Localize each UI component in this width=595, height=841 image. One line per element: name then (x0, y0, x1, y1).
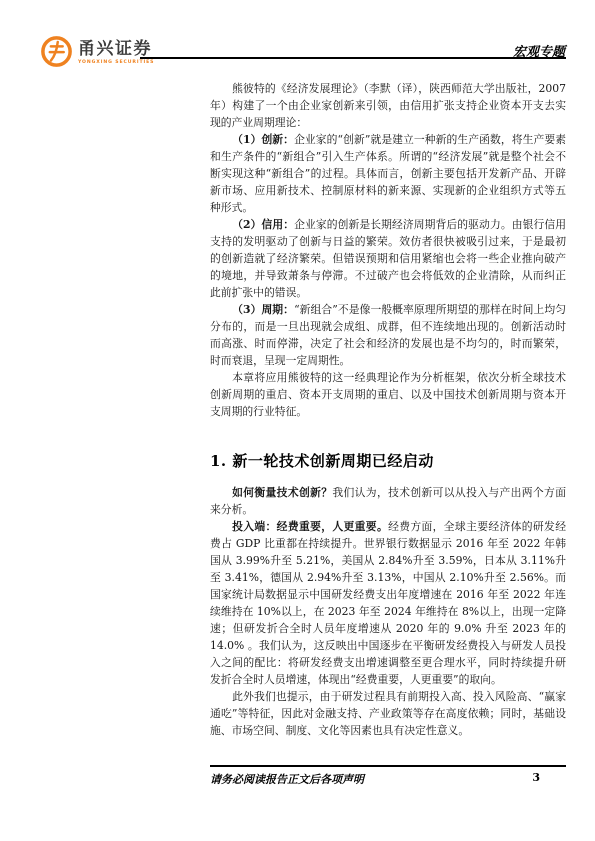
paragraph-lead: 投入端：经费重要，人更重要。 (232, 520, 388, 533)
paragraph-intro-schumpeter: 熊彼特的《经济发展理论》（李默（译），陕西师范大学出版社，2007 年）构建了一… (210, 80, 566, 131)
paragraph-rd-input: 投入端：经费重要，人更重要。经费方面，全球主要经济体的研发经费占 GDP 比重都… (210, 518, 566, 688)
page-number: 3 (532, 771, 540, 784)
report-body: 熊彼特的《经济发展理论》（李默（译），陕西师范大学出版社，2007 年）构建了一… (210, 80, 566, 739)
paragraph-cycle: （3）周期：“新组合”不是像一般概率原理所期望的那样在时间上均匀分布的，而是一旦… (210, 301, 566, 369)
paragraph-innovation: （1）创新：企业家的“创新”就是建立一种新的生产函数，将生产要素和生产条件的“新… (210, 131, 566, 216)
header-divider (140, 57, 566, 59)
footer-divider (210, 765, 566, 767)
brand-name-cn: 甬兴证券 (78, 40, 154, 58)
section-heading: 1. 新一轮技术创新周期已经启动 (210, 450, 566, 471)
paragraph-lead: （3）周期： (232, 303, 294, 316)
paragraph-lead: 如何衡量技术创新？ (232, 486, 332, 499)
brand-logo: 甬兴证券 YONGXING SECURITIES (40, 35, 154, 68)
paragraph-lead: （2）信用： (232, 218, 294, 231)
brand-name-en: YONGXING SECURITIES (78, 60, 154, 65)
paragraph-text: 熊彼特的《经济发展理论》（李默（译），陕西师范大学出版社，2007 年）构建了一… (210, 82, 566, 129)
paragraph-text: 本章将应用熊彼特的这一经典理论作为分析框架，依次分析全球技术创新周期的重启、资本… (210, 371, 566, 418)
report-page: 甬兴证券 YONGXING SECURITIES 宏观专题 熊彼特的《经济发展理… (0, 0, 595, 841)
yongxing-logo-icon (40, 35, 73, 68)
paragraph-framework: 本章将应用熊彼特的这一经典理论作为分析框架，依次分析全球技术创新周期的重启、资本… (210, 369, 566, 420)
paragraph-text: 此外我们也提示，由于研发过程具有前期投入高、投入风险高、“赢家通吃”等特征，因此… (210, 690, 566, 737)
paragraph-rd-risk-note: 此外我们也提示，由于研发过程具有前期投入高、投入风险高、“赢家通吃”等特征，因此… (210, 688, 566, 739)
paragraph-text: 经费方面，全球主要经济体的研发经费占 GDP 比重都在持续提升。世界银行数据显示… (210, 520, 566, 686)
paragraph-measure-innovation: 如何衡量技术创新？我们认为，技术创新可以从投入与产出两个方面来分析。 (210, 484, 566, 518)
footer-disclaimer: 请务必阅读报告正文后各项声明 (210, 771, 364, 787)
paragraph-lead: （1）创新： (232, 133, 294, 146)
paragraph-credit: （2）信用：企业家的创新是长期经济周期背后的驱动力。由银行信用支持的发明驱动了创… (210, 216, 566, 301)
brand-text: 甬兴证券 YONGXING SECURITIES (78, 40, 154, 65)
